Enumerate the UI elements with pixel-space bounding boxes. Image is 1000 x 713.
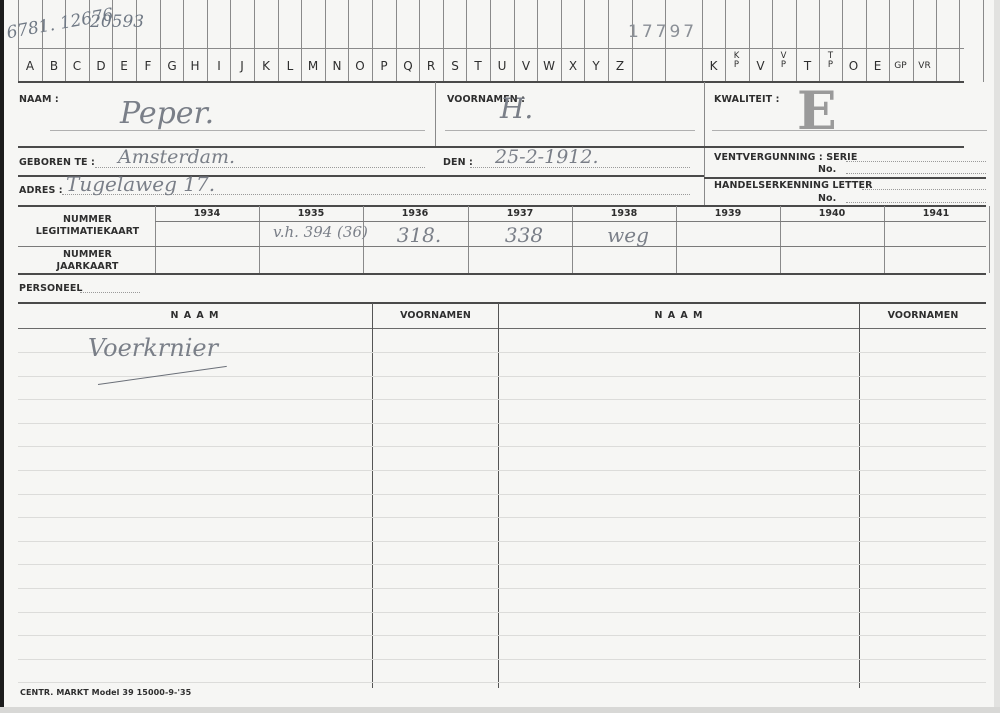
naam-value: Peper. — [120, 96, 214, 131]
header-voornamen-1: VOORNAMEN — [373, 310, 498, 321]
index-letter-u: U — [490, 55, 514, 77]
den-label: DEN : — [443, 157, 473, 168]
year-header-1937: 1937 — [468, 208, 572, 219]
ruled-line — [18, 682, 986, 683]
category-code: GP — [889, 55, 912, 77]
index-letter-n: N — [325, 55, 349, 77]
category-code: VR — [913, 55, 936, 77]
geboren-label: GEBOREN TE : — [19, 157, 95, 168]
index-letter-x: X — [561, 55, 585, 77]
index-letter-h: H — [183, 55, 207, 77]
index-letter-w: W — [537, 55, 561, 77]
header-naam-2: N A A M — [499, 310, 859, 321]
alphabet-row-top-line — [18, 48, 964, 49]
ruled-line — [18, 423, 986, 424]
ventvergunning-serie-line — [846, 160, 986, 162]
index-letter-t: T — [466, 55, 490, 77]
registration-card: 6781. 12676 20593 17797 ABCDEFGHIJKLMNOP… — [0, 0, 1000, 713]
index-letter-o: O — [348, 55, 372, 77]
index-letter-p: P — [372, 55, 396, 77]
divider — [435, 82, 436, 146]
ventvergunning-no-line — [846, 172, 986, 174]
adres-value: Tugelaweg 17. — [66, 172, 215, 196]
index-letter-m: M — [301, 55, 325, 77]
index-letter-z: Z — [608, 55, 632, 77]
handelserkenning-no-line — [846, 201, 986, 203]
header-naam-1: N A A M — [18, 310, 372, 321]
index-letter-g: G — [160, 55, 184, 77]
index-tab-divider — [983, 0, 984, 82]
voornamen-value: H. — [500, 92, 533, 125]
year-header-1938: 1938 — [572, 208, 676, 219]
ruled-line — [18, 470, 986, 471]
ruled-line — [18, 564, 986, 565]
index-letter-a: A — [18, 55, 42, 77]
divider — [498, 303, 499, 688]
index-letter-s: S — [443, 55, 467, 77]
category-code: E — [866, 55, 889, 77]
index-letter-l: L — [278, 55, 302, 77]
category-code: O — [842, 55, 865, 77]
index-letter-k: K — [254, 55, 278, 77]
row-label-line: JAARKAART — [20, 261, 155, 273]
table-bottom-line — [18, 273, 986, 275]
card-edge-bottom — [0, 707, 1000, 713]
handelserkenning-label: HANDELSERKENNING LETTER — [714, 180, 873, 191]
kwaliteit-line — [712, 130, 987, 131]
file-number-middle: 20593 — [90, 12, 144, 32]
index-letter-b: B — [42, 55, 66, 77]
ruled-line — [18, 541, 986, 542]
year-header-1936: 1936 — [363, 208, 467, 219]
personeel-label: PERSONEEL — [19, 283, 83, 294]
kwaliteit-label: KWALITEIT : — [714, 94, 780, 105]
ruled-line — [18, 376, 986, 377]
row-label-legitimatiekaart: NUMMER LEGITIMATIEKAART — [20, 214, 155, 238]
ruled-line — [18, 494, 986, 495]
handelserkenning-letter-line — [862, 188, 986, 190]
personeel-table-top — [18, 302, 986, 304]
ruled-line — [18, 612, 986, 613]
row-label-line: NUMMER — [20, 249, 155, 261]
ventvergunning-no-label: No. — [818, 164, 836, 175]
adres-label: ADRES : — [19, 185, 63, 196]
personeel-line — [80, 291, 140, 293]
index-letter-q: Q — [396, 55, 420, 77]
card-edge-right — [994, 0, 1000, 713]
naam-label: NAAM : — [19, 94, 59, 105]
index-letter-d: D — [89, 55, 113, 77]
ruled-line — [18, 635, 986, 636]
index-letter-f: F — [136, 55, 160, 77]
ventvergunning-label: VENTVERGUNNING : SERIE — [714, 152, 857, 163]
row-label-jaarkaart: NUMMER JAARKAART — [20, 249, 155, 273]
ruled-line — [18, 446, 986, 447]
geboren-value: Amsterdam. — [118, 146, 235, 168]
index-letter-j: J — [230, 55, 254, 77]
index-letter-y: Y — [584, 55, 608, 77]
index-tab-divider — [936, 0, 937, 82]
category-code: VP — [772, 52, 795, 70]
ruled-line — [18, 588, 986, 589]
index-tab-divider — [959, 0, 960, 82]
voornamen-line — [445, 130, 695, 131]
row-label-line: LEGITIMATIEKAART — [20, 226, 155, 238]
year-header-1941: 1941 — [884, 208, 988, 219]
divider — [372, 303, 373, 688]
kwaliteit-stamp: E — [797, 86, 837, 138]
header-voornamen-2: VOORNAMEN — [860, 310, 986, 321]
legitimatiekaart-1938: weg — [586, 223, 670, 247]
section-line — [704, 177, 986, 179]
ruled-line — [18, 399, 986, 400]
index-letter-c: C — [65, 55, 89, 77]
year-header-1935: 1935 — [259, 208, 363, 219]
den-value: 25-2-1912. — [495, 146, 599, 168]
personeel-entry-naam: Voerkrnier — [88, 334, 218, 362]
table-divider — [989, 206, 990, 273]
category-code: V — [749, 55, 772, 77]
legitimatiekaart-1935: v.h. 394 (36) — [273, 223, 357, 241]
file-number-right: 17797 — [628, 22, 697, 42]
index-letter-e: E — [112, 55, 136, 77]
card-edge-shadow — [0, 0, 4, 713]
row-label-line: NUMMER — [20, 214, 155, 226]
personeel-header-line — [18, 328, 986, 329]
table-top-line — [18, 205, 986, 207]
year-header-1934: 1934 — [155, 208, 259, 219]
category-code: K — [702, 55, 725, 77]
index-letter-v: V — [514, 55, 538, 77]
legitimatiekaart-1937: 338 — [482, 223, 566, 247]
ruled-line — [18, 659, 986, 660]
divider — [859, 303, 860, 688]
handelserkenning-no-label: No. — [818, 193, 836, 204]
legitimatiekaart-1936: 318. — [377, 223, 461, 247]
index-letter-r: R — [419, 55, 443, 77]
year-header-1940: 1940 — [780, 208, 884, 219]
category-code: TP — [819, 52, 842, 70]
year-header-1939: 1939 — [676, 208, 780, 219]
year-header-line — [155, 221, 986, 222]
category-code: T — [796, 55, 819, 77]
category-code: KP — [725, 52, 748, 70]
divider — [704, 82, 705, 206]
ruled-line — [18, 517, 986, 518]
naam-line — [50, 130, 425, 131]
index-letter-i: I — [207, 55, 231, 77]
form-footer: CENTR. MARKT Model 39 15000-9-'35 — [20, 688, 191, 697]
